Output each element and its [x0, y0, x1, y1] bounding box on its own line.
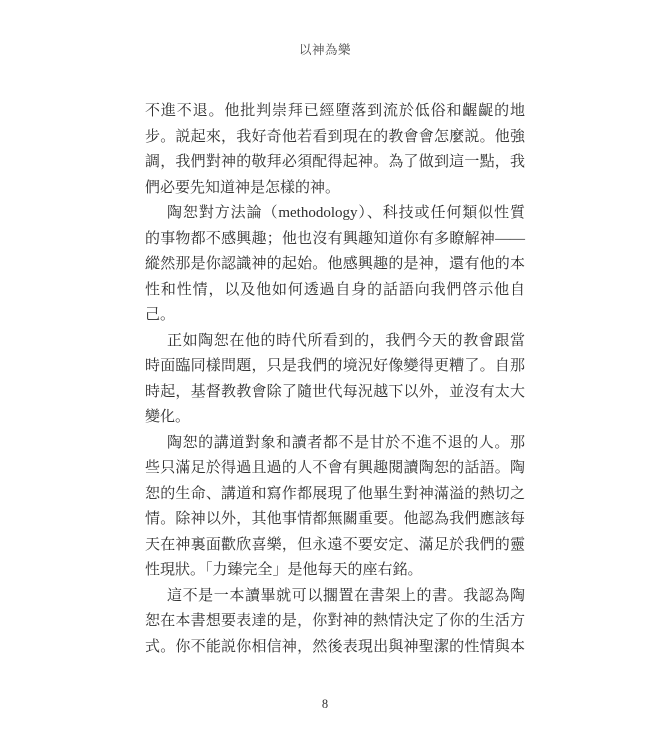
- text-line: 己。: [145, 303, 525, 329]
- paragraph: 陶恕對方法論（methodology）、科技或任何類似性質 的事物都不感興趣；他…: [145, 201, 525, 329]
- text-line: 天在神裏面歡欣喜樂，但永遠不要安定、滿足於我們的靈: [145, 533, 525, 559]
- text-line: 性現狀。「力臻完全」是他每天的座右銘。: [145, 558, 525, 584]
- running-header: 以神為樂: [0, 40, 650, 58]
- paragraph: 不進不退。他批判崇拜已經墮落到流於低俗和齷齪的地 步。説起來，我好奇他若看到現在…: [145, 99, 525, 201]
- text-line: 式。你不能説你相信神，然後表現出與神聖潔的性情與本: [145, 635, 525, 661]
- text-line: 恕的生命、講道和寫作都展現了他畢生對神滿溢的熱切之: [145, 482, 525, 508]
- text-line: 步。説起來，我好奇他若看到現在的教會會怎麼説。他強: [145, 125, 525, 151]
- text-line: 恕在本書想要表達的是，你對神的熱情決定了你的生活方: [145, 609, 525, 635]
- text-line: 縱然那是你認識神的起始。他感興趣的是神，還有他的本: [145, 252, 525, 278]
- text-line: 的事物都不感興趣；他也沒有興趣知道你有多瞭解神——: [145, 227, 525, 253]
- text-line: 情。除神以外，其他事情都無關重要。他認為我們應該每: [145, 507, 525, 533]
- text-line: 們必要先知道神是怎樣的神。: [145, 176, 525, 202]
- text-line: 變化。: [145, 405, 525, 431]
- book-page: 以神為樂 不進不退。他批判崇拜已經墮落到流於低俗和齷齪的地 步。説起來，我好奇他…: [0, 0, 650, 750]
- text-line: 調，我們對神的敬拜必須配得起神。為了做到這一點，我: [145, 150, 525, 176]
- text-line: 時面臨同樣問題，只是我們的境況好像變得更糟了。自那: [145, 354, 525, 380]
- text-line: 時起，基督教教會除了隨世代每況越下以外，並沒有太大: [145, 380, 525, 406]
- body-text: 不進不退。他批判崇拜已經墮落到流於低俗和齷齪的地 步。説起來，我好奇他若看到現在…: [145, 99, 525, 660]
- paragraph: 正如陶恕在他的時代所看到的，我們今天的教會跟當 時面臨同樣問題，只是我們的境況好…: [145, 329, 525, 431]
- page-number: 8: [0, 697, 650, 712]
- text-line: 不進不退。他批判崇拜已經墮落到流於低俗和齷齪的地: [145, 99, 525, 125]
- text-line: 正如陶恕在他的時代所看到的，我們今天的教會跟當: [145, 329, 525, 355]
- text-line: 陶恕對方法論（methodology）、科技或任何類似性質: [145, 201, 525, 227]
- text-line: 這不是一本讀畢就可以擱置在書架上的書。我認為陶: [145, 584, 525, 610]
- paragraph: 這不是一本讀畢就可以擱置在書架上的書。我認為陶 恕在本書想要表達的是，你對神的熱…: [145, 584, 525, 661]
- paragraph: 陶恕的講道對象和讀者都不是甘於不進不退的人。那 些只滿足於得過且過的人不會有興趣…: [145, 431, 525, 584]
- text-line: 陶恕的講道對象和讀者都不是甘於不進不退的人。那: [145, 431, 525, 457]
- text-line: 些只滿足於得過且過的人不會有興趣閱讀陶恕的話語。陶: [145, 456, 525, 482]
- text-line: 性和性情，以及他如何透過自身的話語向我們啓示他自: [145, 278, 525, 304]
